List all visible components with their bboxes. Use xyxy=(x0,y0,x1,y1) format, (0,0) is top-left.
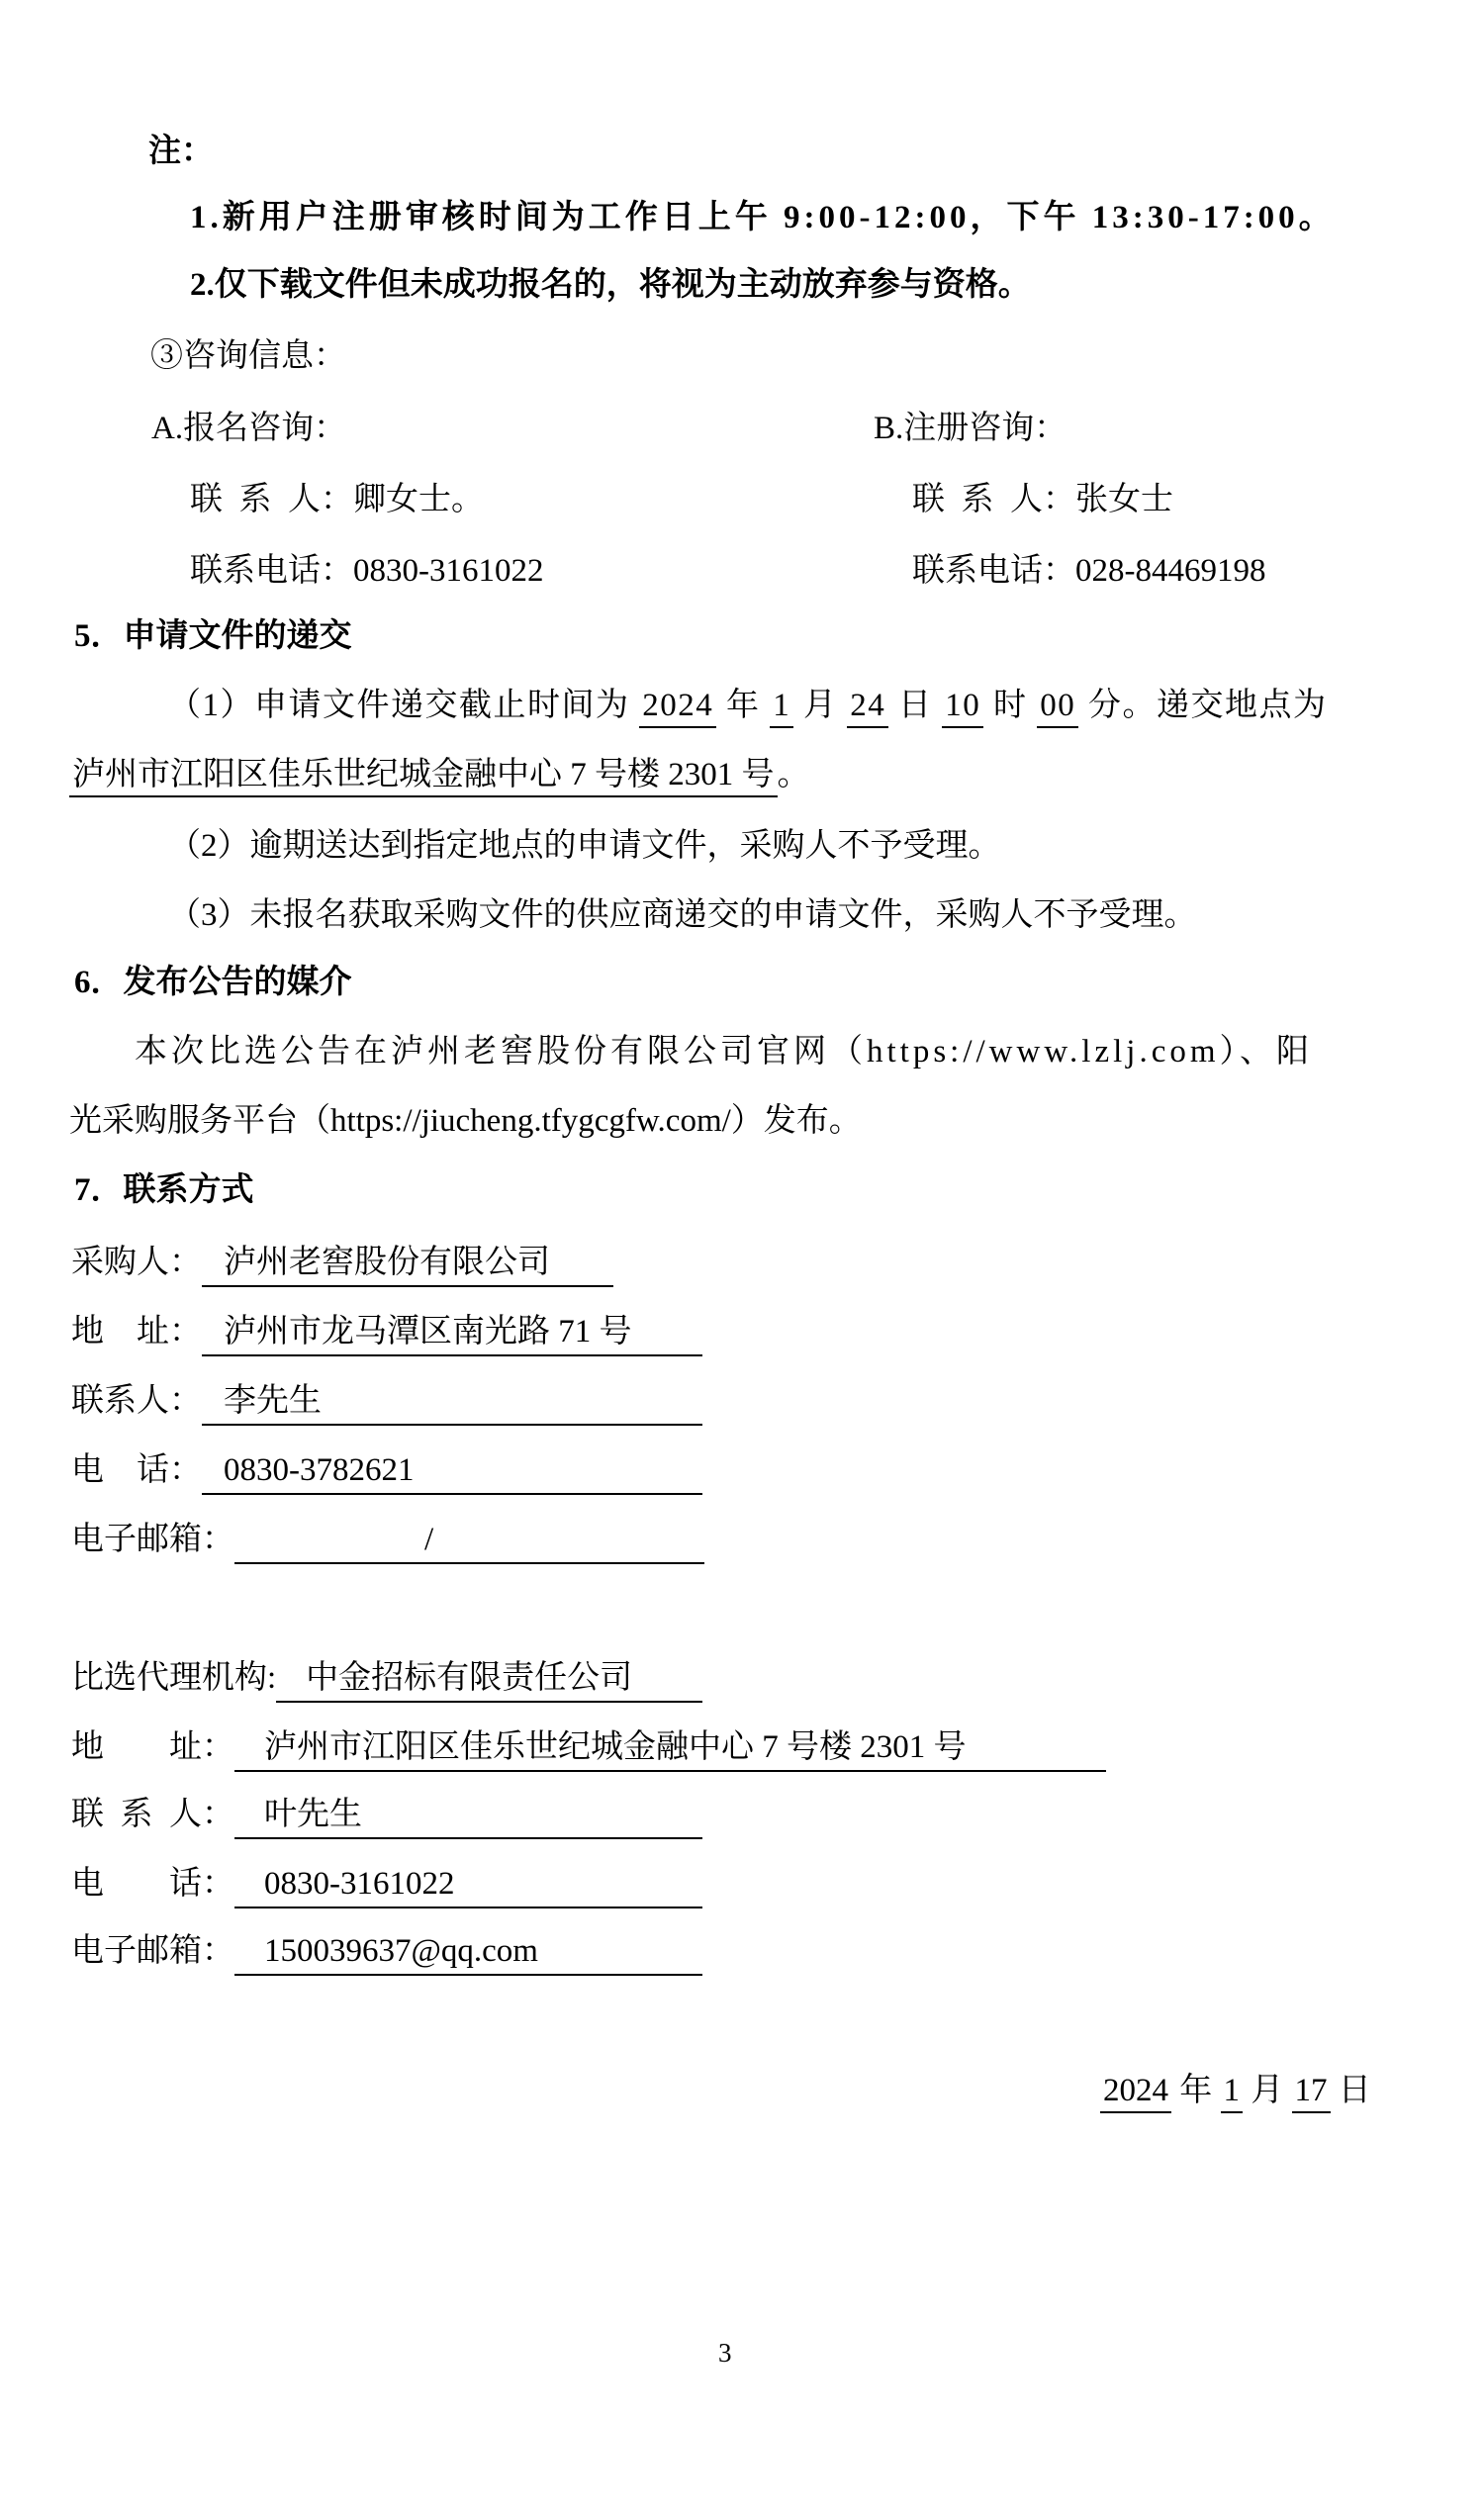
section5-para2: （2）逾期送达到指定地点的申请文件，采购人不予受理。 xyxy=(168,826,1001,867)
purchaser-name-label: 采购人： xyxy=(71,1243,202,1283)
purchaser-contact-row: 联系人： 李先生 xyxy=(71,1381,702,1426)
section6-heading: 6．发布公告的媒介 xyxy=(74,963,352,1003)
underlined-text-segment: 2024 xyxy=(639,688,716,728)
underlined-text-segment: 00 xyxy=(1037,688,1078,728)
purchaser-phone-value: 0830-3782621 xyxy=(202,1450,702,1495)
consult-heading: ③咨询信息： xyxy=(150,336,346,377)
agency-contact-row: 联 系 人： 叶先生 xyxy=(71,1795,702,1839)
agency-phone-row: 电 话： 0830-3161022 xyxy=(71,1864,702,1908)
consult-a-contact: 联 系 人：卿女士。 xyxy=(190,480,484,520)
agency-email-row: 电子邮箱： 150039637@qq.com xyxy=(71,1931,702,1976)
text-segment: 年 xyxy=(1171,2073,1221,2108)
note-item-2: 2.仅下载文件但未成功报名的，将视为主动放弃参与资格。 xyxy=(190,265,1031,306)
section5-para1: （1）申请文件递交截止时间为 2024 年 1 月 24 日 10 时 00 分… xyxy=(168,686,1328,726)
purchaser-phone-label: 电 话： xyxy=(71,1450,202,1491)
agency-name-row: 比选代理机构: 中金招标有限责任公司 xyxy=(71,1658,702,1703)
underlined-text-segment: 泸州市江阳区佳乐世纪城金融中心 7 号楼 2301 号 xyxy=(69,757,778,797)
notes-title: 注： xyxy=(148,132,214,172)
purchaser-contact-label: 联系人： xyxy=(71,1381,202,1422)
agency-email-label: 电子邮箱： xyxy=(71,1931,234,1972)
text-segment: 年 xyxy=(716,688,770,723)
section6-line1: 本次比选公告在泸州老窖股份有限公司官网（https://www.lzlj.com… xyxy=(135,1032,1313,1072)
text-segment: （1）申请文件递交截止时间为 xyxy=(168,688,639,723)
section7-heading: 7．联系方式 xyxy=(74,1170,254,1211)
purchaser-email-value: / xyxy=(234,1520,704,1564)
underlined-text-segment: 10 xyxy=(942,688,983,728)
agency-phone-value: 0830-3161022 xyxy=(234,1864,702,1908)
purchaser-email-row: 电子邮箱： / xyxy=(71,1520,704,1564)
purchaser-phone-row: 电 话： 0830-3782621 xyxy=(71,1450,702,1495)
text-segment: 月 xyxy=(1243,2073,1292,2108)
agency-phone-label: 电 话： xyxy=(71,1864,234,1905)
underlined-text-segment: 1 xyxy=(1221,2073,1244,2113)
consult-a-title: A.报名咨询： xyxy=(151,409,346,449)
agency-address-value: 泸州市江阳区佳乐世纪城金融中心 7 号楼 2301 号 xyxy=(234,1727,1106,1772)
underlined-text-segment: 24 xyxy=(847,688,888,728)
page-number: 3 xyxy=(718,2337,732,2371)
text-segment: 时 xyxy=(983,688,1037,723)
purchaser-address-row: 地 址： 泸州市龙马潭区南光路 71 号 xyxy=(71,1312,702,1356)
agency-address-row: 地 址： 泸州市江阳区佳乐世纪城金融中心 7 号楼 2301 号 xyxy=(71,1727,1106,1772)
section5-para1-address: 泸州市江阳区佳乐世纪城金融中心 7 号楼 2301 号。 xyxy=(69,755,810,795)
purchaser-contact-value: 李先生 xyxy=(202,1381,702,1426)
section6-line2: 光采购服务平台（https://jiucheng.tfygcgfw.com/）发… xyxy=(69,1101,862,1142)
agency-contact-label: 联 系 人： xyxy=(71,1795,234,1835)
agency-contact-value: 叶先生 xyxy=(234,1795,702,1839)
agency-name-label: 比选代理机构: xyxy=(71,1658,276,1699)
consult-b-phone: 联系电话：028-84469198 xyxy=(912,551,1266,592)
underlined-text-segment: 2024 xyxy=(1100,2073,1171,2113)
section5-para3: （3）未报名获取采购文件的供应商递交的申请文件，采购人不予受理。 xyxy=(168,895,1197,936)
agency-address-label: 地 址： xyxy=(71,1727,234,1768)
text-segment: 分。递交地点为 xyxy=(1078,688,1327,723)
underlined-text-segment: 1 xyxy=(770,688,793,728)
text-segment: 日 xyxy=(1331,2073,1371,2108)
purchaser-email-label: 电子邮箱： xyxy=(71,1520,234,1560)
announcement-date: 2024 年 1 月 17 日 xyxy=(1100,2071,1371,2111)
agency-email-value: 150039637@qq.com xyxy=(234,1931,702,1976)
text-segment: 日 xyxy=(888,688,942,723)
note-item-1: 1.新用户注册审核时间为工作日上午 9:00-12:00，下午 13:30-17… xyxy=(190,198,1336,238)
text-segment: 月 xyxy=(793,688,847,723)
document-page: 注： 1.新用户注册审核时间为工作日上午 9:00-12:00，下午 13:30… xyxy=(0,0,1484,2512)
text-segment: 。 xyxy=(778,757,810,792)
purchaser-address-label: 地 址： xyxy=(71,1312,202,1352)
section5-heading: 5．申请文件的递交 xyxy=(74,616,352,657)
consult-b-title: B.注册咨询： xyxy=(874,409,1067,449)
agency-name-value: 中金招标有限责任公司 xyxy=(276,1658,702,1703)
purchaser-address-value: 泸州市龙马潭区南光路 71 号 xyxy=(202,1312,702,1356)
purchaser-name-value: 泸州老窖股份有限公司 xyxy=(202,1243,613,1287)
underlined-text-segment: 17 xyxy=(1292,2073,1331,2113)
purchaser-name-row: 采购人： 泸州老窖股份有限公司 xyxy=(71,1243,613,1287)
consult-a-phone: 联系电话：0830-3161022 xyxy=(190,551,544,592)
consult-b-contact: 联 系 人：张女士 xyxy=(912,480,1173,520)
